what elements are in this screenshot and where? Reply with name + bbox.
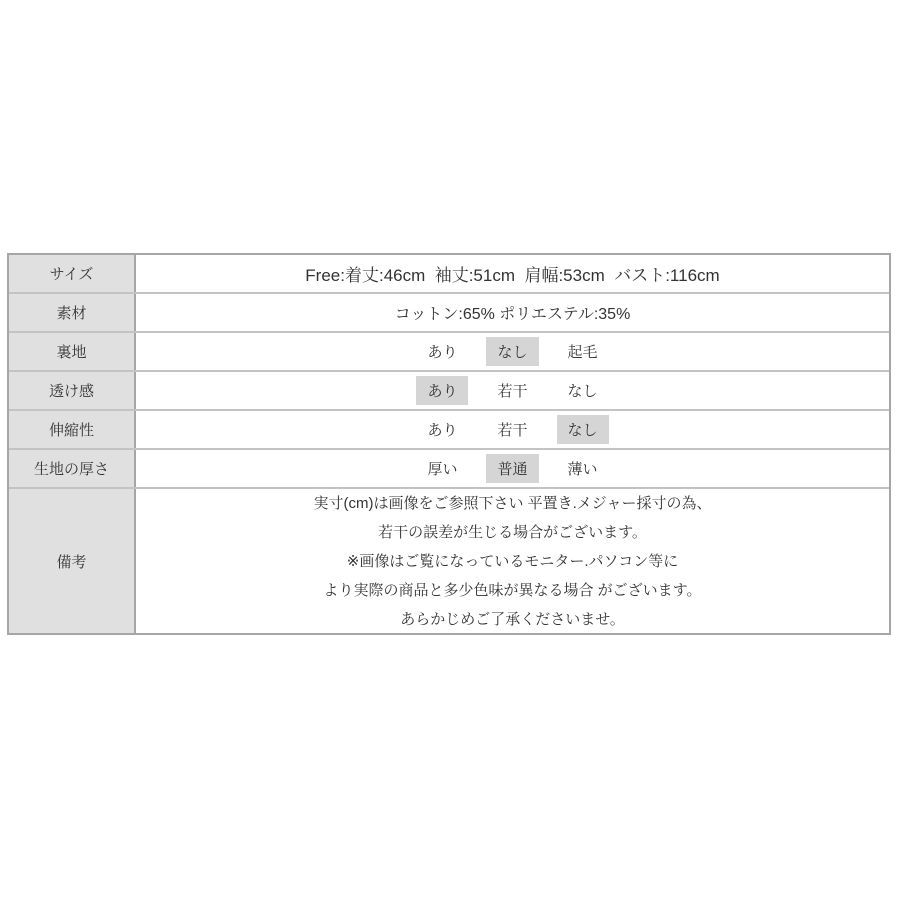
row-label-material: 素材 — [9, 294, 136, 331]
material-value: コットン:65% ポリエステル:35% — [136, 294, 889, 331]
row-label-size: サイズ — [9, 255, 136, 292]
option-group-lining: あり なし 起毛 — [407, 337, 617, 366]
thickness-values: 厚い 普通 薄い — [136, 450, 889, 487]
size-value: Free:着丈:46cm 袖丈:51cm 肩幅:53cm バスト:116cm — [136, 255, 889, 292]
row-label-stretch: 伸縮性 — [9, 411, 136, 448]
spec-table: サイズ Free:着丈:46cm 袖丈:51cm 肩幅:53cm バスト:116… — [7, 253, 891, 635]
note-line: より実際の商品と多少色味が異なる場合 がございます。 — [324, 576, 702, 605]
note-line: 実寸(cm)は画像をご参照下さい 平置き.メジャー採寸の為、 — [313, 489, 711, 518]
table-row-material: 素材 コットン:65% ポリエステル:35% — [9, 294, 889, 333]
row-label-lining: 裏地 — [9, 333, 136, 370]
lining-values: あり なし 起毛 — [136, 333, 889, 370]
option-value: なし — [557, 415, 609, 444]
table-row-size: サイズ Free:着丈:46cm 袖丈:51cm 肩幅:53cm バスト:116… — [9, 255, 889, 294]
sheerness-values: あり 若干 なし — [136, 372, 889, 409]
option-value: 普通 — [486, 454, 538, 483]
option-value: あり — [416, 337, 468, 366]
table-row-lining: 裏地 あり なし 起毛 — [9, 333, 889, 372]
option-value: 薄い — [557, 454, 609, 483]
table-row-notes: 備考 実寸(cm)は画像をご参照下さい 平置き.メジャー採寸の為、 若干の誤差が… — [9, 489, 889, 633]
option-value: なし — [557, 376, 609, 405]
table-row-stretch: 伸縮性 あり 若干 なし — [9, 411, 889, 450]
product-spec-image: サイズ Free:着丈:46cm 袖丈:51cm 肩幅:53cm バスト:116… — [0, 0, 900, 900]
table-row-sheerness: 透け感 あり 若干 なし — [9, 372, 889, 411]
stretch-values: あり 若干 なし — [136, 411, 889, 448]
option-group-thickness: 厚い 普通 薄い — [407, 454, 617, 483]
option-group-stretch: あり 若干 なし — [407, 415, 617, 444]
row-label-thickness: 生地の厚さ — [9, 450, 136, 487]
notes-value: 実寸(cm)は画像をご参照下さい 平置き.メジャー採寸の為、 若干の誤差が生じる… — [136, 489, 889, 633]
option-value: 若干 — [486, 376, 538, 405]
note-line: 若干の誤差が生じる場合がございます。 — [378, 518, 647, 547]
note-line: ※画像はご覧になっているモニター.パソコン等に — [347, 547, 678, 576]
option-value: あり — [416, 415, 468, 444]
row-label-notes: 備考 — [9, 489, 136, 633]
table-row-thickness: 生地の厚さ 厚い 普通 薄い — [9, 450, 889, 489]
option-value: 若干 — [486, 415, 538, 444]
note-line: あらかじめご了承くださいませ。 — [400, 605, 625, 634]
option-value: 起毛 — [557, 337, 609, 366]
option-group-sheerness: あり 若干 なし — [407, 376, 617, 405]
row-label-sheerness: 透け感 — [9, 372, 136, 409]
option-value: あり — [416, 376, 468, 405]
option-value: 厚い — [416, 454, 468, 483]
option-value: なし — [486, 337, 538, 366]
